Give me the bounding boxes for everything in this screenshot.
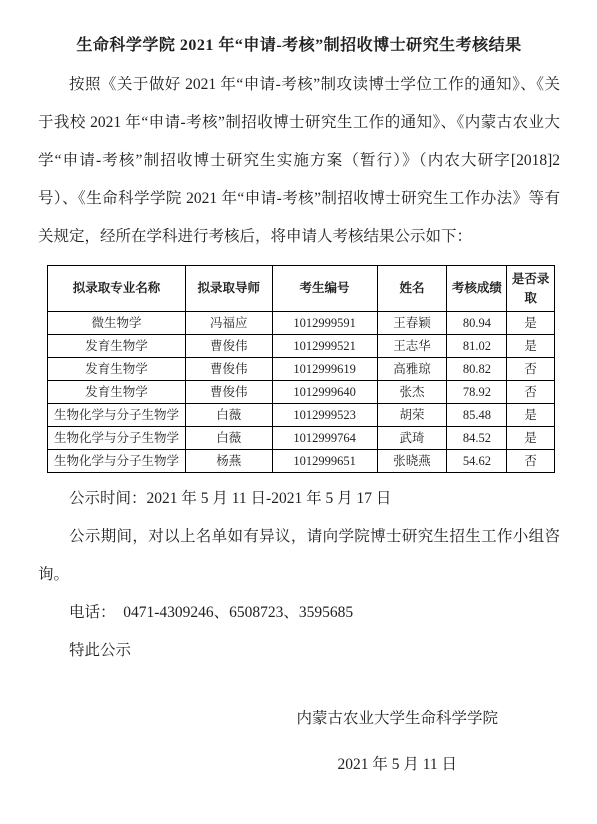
table-row: 生物化学与分子生物学杨燕1012999651张晓燕54.62否 [48, 450, 555, 473]
table-cell: 曹俊伟 [185, 358, 272, 381]
table-cell: 80.82 [447, 358, 507, 381]
signature-date: 2021 年 5 月 11 日 [296, 746, 498, 784]
document-page: 生命科学学院 2021 年“申请-考核”制招收博士研究生考核结果 按照《关于做好… [0, 0, 597, 824]
table-cell: 高雅琼 [377, 358, 447, 381]
table-cell: 曹俊伟 [185, 335, 272, 358]
table-header-cell: 考生编号 [272, 266, 377, 312]
table-cell: 发育生物学 [48, 335, 186, 358]
table-header-cell: 拟录取专业名称 [48, 266, 186, 312]
signature-block: 内蒙古农业大学生命科学学院 2021 年 5 月 11 日 [296, 700, 498, 784]
phone-line: 电话： 0471-4309246、6508723、3595685 [38, 594, 560, 632]
table-cell: 曹俊伟 [185, 381, 272, 404]
table-cell: 否 [507, 381, 555, 404]
table-cell: 发育生物学 [48, 358, 186, 381]
table-cell: 1012999764 [272, 427, 377, 450]
table-row: 生物化学与分子生物学白薇1012999764武琦84.52是 [48, 427, 555, 450]
table-cell: 胡荣 [377, 404, 447, 427]
table-cell: 1012999619 [272, 358, 377, 381]
table-cell: 生物化学与分子生物学 [48, 450, 186, 473]
table-cell: 王春颖 [377, 312, 447, 335]
table-header-cell: 是否录取 [507, 266, 555, 312]
table-cell: 冯福应 [185, 312, 272, 335]
table-cell: 1012999651 [272, 450, 377, 473]
table-row: 生物化学与分子生物学白薇1012999523胡荣85.48是 [48, 404, 555, 427]
results-table: 拟录取专业名称 拟录取导师 考生编号 姓名 考核成绩 是否录取 微生物学冯福应1… [47, 265, 555, 473]
results-table-head: 拟录取专业名称 拟录取导师 考生编号 姓名 考核成绩 是否录取 [48, 266, 555, 312]
table-header-cell: 姓名 [377, 266, 447, 312]
table-cell: 杨燕 [185, 450, 272, 473]
table-cell: 王志华 [377, 335, 447, 358]
table-header-row: 拟录取专业名称 拟录取导师 考生编号 姓名 考核成绩 是否录取 [48, 266, 555, 312]
table-cell: 80.94 [447, 312, 507, 335]
table-cell: 武琦 [377, 427, 447, 450]
table-cell: 张杰 [377, 381, 447, 404]
table-cell: 是 [507, 404, 555, 427]
table-cell: 白薇 [185, 427, 272, 450]
table-cell: 生物化学与分子生物学 [48, 427, 186, 450]
table-cell: 张晓燕 [377, 450, 447, 473]
table-cell: 否 [507, 358, 555, 381]
table-row: 发育生物学曹俊伟1012999521王志华81.02是 [48, 335, 555, 358]
table-row: 发育生物学曹俊伟1012999619高雅琼80.82否 [48, 358, 555, 381]
closing-line: 特此公示 [38, 632, 560, 670]
table-cell: 微生物学 [48, 312, 186, 335]
table-cell: 生物化学与分子生物学 [48, 404, 186, 427]
table-cell: 是 [507, 312, 555, 335]
table-cell: 是 [507, 427, 555, 450]
table-cell: 78.92 [447, 381, 507, 404]
table-cell: 84.52 [447, 427, 507, 450]
table-cell: 1012999591 [272, 312, 377, 335]
table-cell: 白薇 [185, 404, 272, 427]
intro-paragraph: 按照《关于做好 2021 年“申请-考核”制攻读博士学位工作的通知》、《关于我校… [38, 66, 560, 256]
table-header-cell: 考核成绩 [447, 266, 507, 312]
table-cell: 81.02 [447, 335, 507, 358]
table-cell: 1012999523 [272, 404, 377, 427]
table-cell: 85.48 [447, 404, 507, 427]
table-cell: 发育生物学 [48, 381, 186, 404]
objection-note: 公示期间，对以上名单如有异议，请向学院博士研究生招生工作小组咨询。 [38, 518, 560, 594]
signature: 内蒙古农业大学生命科学学院 [296, 700, 498, 738]
table-cell: 否 [507, 450, 555, 473]
footer-block: 公示时间：2021 年 5 月 11 日-2021 年 5 月 17 日 公示期… [38, 480, 560, 670]
table-row: 发育生物学曹俊伟1012999640张杰78.92否 [48, 381, 555, 404]
table-row: 微生物学冯福应1012999591王春颖80.94是 [48, 312, 555, 335]
table-cell: 54.62 [447, 450, 507, 473]
publicity-period: 公示时间：2021 年 5 月 11 日-2021 年 5 月 17 日 [38, 480, 560, 518]
table-cell: 是 [507, 335, 555, 358]
table-cell: 1012999640 [272, 381, 377, 404]
table-cell: 1012999521 [272, 335, 377, 358]
results-table-body: 微生物学冯福应1012999591王春颖80.94是发育生物学曹俊伟101299… [48, 312, 555, 473]
document-title: 生命科学学院 2021 年“申请-考核”制招收博士研究生考核结果 [38, 34, 560, 58]
table-header-cell: 拟录取导师 [185, 266, 272, 312]
